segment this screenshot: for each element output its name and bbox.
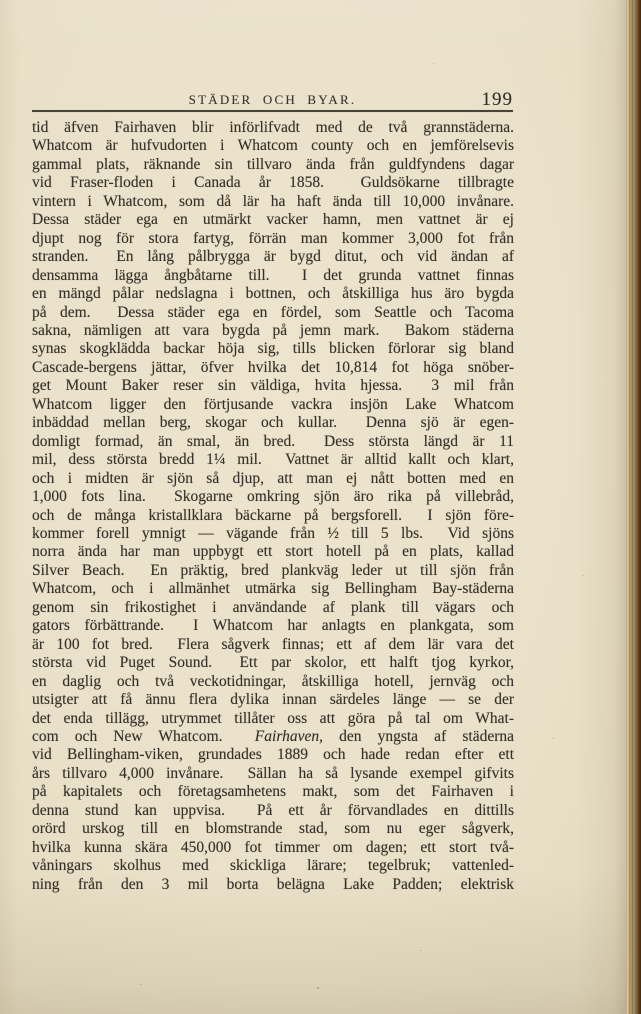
body-text: tid äfven Fairhaven blir införlifvadt me…: [32, 119, 514, 894]
paper-speck: [433, 63, 434, 64]
fore-edge-shadow: [614, 0, 626, 1014]
text-line: utsigter att få ännu flera dylika innan …: [32, 691, 514, 709]
text-line: inbäddad mellan berg, skogar och kullar.…: [32, 414, 514, 432]
text-line: en daglig och två veckotidningar, åtskil…: [32, 673, 514, 691]
book-page: STÄDER OCH BYAR. 199 tid äfven Fairhaven…: [0, 0, 641, 1014]
text-line: tid äfven Fairhaven blir införlifvadt me…: [32, 119, 514, 137]
text-line: densamma lägga ångbåtarne till. I det gr…: [32, 267, 514, 285]
paper-speck: [553, 737, 554, 739]
text-line: års tillvaro 4,000 invånare. Sällan ha s…: [32, 765, 514, 783]
text-line: ning från den 3 mil borta belägna Lake P…: [32, 876, 514, 894]
text-line: orörd urskog till en blomstrande stad, s…: [32, 820, 514, 838]
paper-speck: [140, 984, 142, 985]
text-line: stranden. En lång pålbrygga är bygd ditu…: [32, 248, 514, 266]
text-line: com och New Whatcom. Fairhaven, den yngs…: [32, 728, 514, 746]
paper-speck: [61, 330, 62, 331]
text-line: kommer forell ymnigt — vägande från ½ ti…: [32, 525, 514, 543]
text-line: denna stund kan uppvisa. På ett år förva…: [32, 802, 514, 820]
text-line: hvilka kunna skära 450,000 fot timmer om…: [32, 839, 514, 857]
text-line: Silver Beach. En präktig, bred plankväg …: [32, 562, 514, 580]
text-line: Whatcom är hufvudorten i Whatcom county …: [32, 137, 514, 155]
text-line: vid Bellingham-viken, grundades 1889 och…: [32, 746, 514, 764]
text-line: mil, dess största bredd 1¼ mil. Vattnet …: [32, 451, 514, 469]
paper-speck: [582, 575, 584, 576]
text-line: största vid Puget Sound. Ett par skolor,…: [32, 654, 514, 672]
text-line: och i midten är sjön så djup, att man ej…: [32, 470, 514, 488]
text-line: är 100 fot bred. Flera sågverk finnas; e…: [32, 636, 514, 654]
page-number: 199: [482, 89, 514, 111]
text-line: genom sin frikostighet i användande af p…: [32, 599, 514, 617]
text-line: vintern i Whatcom, som då lär ha haft än…: [32, 193, 514, 211]
paper-speck: [420, 950, 422, 951]
text-line: vid Fraser-floden i Canada år 1858. Guld…: [32, 174, 514, 192]
text-line: djupt nog för stora fartyg, förrän man k…: [32, 230, 514, 248]
paper-speck: [317, 987, 319, 989]
text-line: gators förbättrande. I Whatcom har anlag…: [32, 617, 514, 635]
text-line: 1,000 fots lina. Skogarne omkring sjön ä…: [32, 488, 514, 506]
text-line: Dessa städer ega en utmärkt vacker hamn,…: [32, 211, 514, 229]
text-line: på dem. Dessa städer ega en fördel, som …: [32, 304, 514, 322]
text-line: det enda tillägg, utrymmet tillåter oss …: [32, 710, 514, 728]
book-fore-edge: [626, 0, 641, 1014]
text-line: på kapitalets och företagsamhetens makt,…: [32, 783, 514, 801]
text-line: sakna, nämligen att vara bygda på jemn m…: [32, 322, 514, 340]
text-line: Whatcom ligger den förtjusande vackra in…: [32, 396, 514, 414]
text-line: Whatcom, och i allmänhet utmärka sig Bel…: [32, 580, 514, 598]
text-line: get Mount Baker reser sin väldiga, hvita…: [32, 377, 514, 395]
header-rule: [32, 110, 513, 112]
text-line: en mängd pålar nedslagna i bottnen, och …: [32, 285, 514, 303]
text-line: gammal plats, räknande sin tillvaro ända…: [32, 156, 514, 174]
text-line: norra ända har man uppbygt ett stort hot…: [32, 543, 514, 561]
text-line: domligt formad, än smal, än bred. Dess s…: [32, 433, 514, 451]
text-line: och de många kristallklara bäckarne på b…: [32, 507, 514, 525]
text-line: Cascade-bergens jättar, öfver hvilka det…: [32, 359, 514, 377]
running-title: STÄDER OCH BYAR.: [32, 92, 513, 108]
text-line: våningars skolhus med skickliga lärare; …: [32, 857, 514, 875]
text-line: synas skogklädda backar höja sig, tills …: [32, 340, 514, 358]
page-header: STÄDER OCH BYAR. 199: [32, 85, 513, 111]
